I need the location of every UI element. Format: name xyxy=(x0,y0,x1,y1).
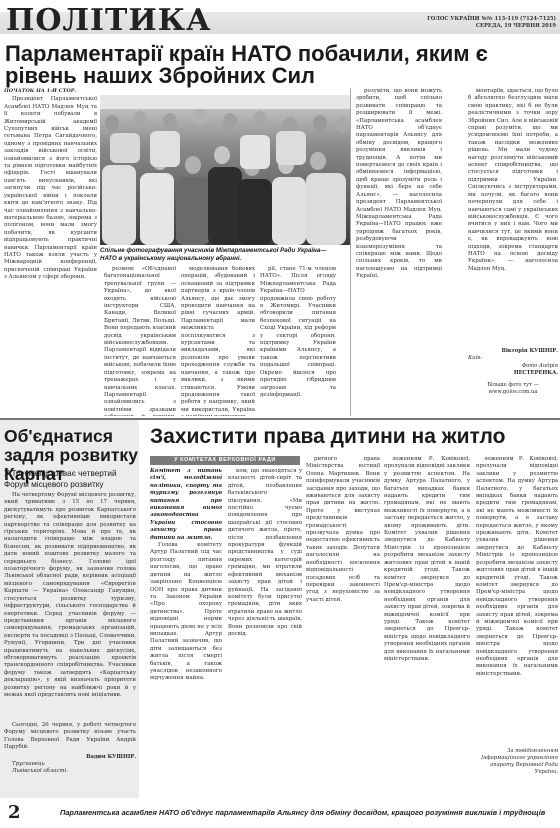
more-photos-label: Більше фото тут — xyxy=(468,382,558,389)
second-article-column-2: ком, що знаходяться у власності дітей-си… xyxy=(228,468,302,794)
article-paragraph: Сьогодні, 26 червня, у роботі четвертого… xyxy=(4,722,136,752)
second-article-column-5: ложенням Р. Ковікової, пролунали відпові… xyxy=(476,456,558,794)
photo-credit-label: Фото Андрія xyxy=(468,363,558,370)
photo-caption: Спільне фотографування учасників Міжпарл… xyxy=(100,247,340,263)
article-paragraph-wrap: ложенням Р. Ковікової, пролунали відпові… xyxy=(476,456,558,748)
main-article-column-4: рії, стане 71-м членом НАТО». Після огля… xyxy=(260,266,336,416)
article-lead: Комітет з питань сім'ї, молодіжної політ… xyxy=(150,468,222,542)
footer-tagline: Парламентська асамблея НАТО об'єднує пар… xyxy=(60,808,545,817)
main-article-column-3: моделювання бойових операцій, збудований… xyxy=(181,266,255,416)
second-article-headline: Захистити права дитини на житло xyxy=(150,426,560,448)
dateline-place: Київ. xyxy=(468,355,558,362)
main-article-column-1: ПОЧАТОК НА 1-Й СТОР. Президент Парламент… xyxy=(4,88,97,416)
author-signature: Вадим КУШНІР. xyxy=(4,754,136,761)
dateline-place: Трускавець Львівської області. xyxy=(4,761,74,776)
article-paragraph: На четвертому Форумі місцевого розвитку,… xyxy=(4,492,136,699)
article-paragraph: Голова комітету Артур Палатний під час р… xyxy=(150,542,222,683)
continued-from-kicker: ПОЧАТОК НА 1-Й СТОР. xyxy=(4,88,97,95)
article-paragraph-wrap: монтаріїв, здається, що було б абсолютно… xyxy=(468,88,558,346)
main-article-column-2: розмові «Об'єднаної багатонаціональної т… xyxy=(104,266,176,416)
issue-date: СЕРЕДА, 19 ЧЕРВНЯ 2019 xyxy=(427,23,556,30)
second-article-column-4: ложенням Р. Ковікової, пролунали відпові… xyxy=(384,456,470,794)
second-article-column-3: ритного права Міністерства юстиції Олена… xyxy=(306,456,380,794)
rubric-label: У КОМІТЕТАХ ВЕРХОВНОЇ РАДИ xyxy=(150,456,300,465)
article-paragraph: моделювання бойових операцій, збудований… xyxy=(181,266,255,416)
main-article-column-6: монтаріїв, здається, що було б абсолютно… xyxy=(468,88,558,416)
photo-credit-name: НЕСТЕРЕНКА. xyxy=(468,370,558,377)
article-paragraph: ком, що знаходяться у власності дітей-си… xyxy=(228,468,302,638)
article-paragraph: Президент Парламентської Асамблеї НАТО М… xyxy=(4,96,97,281)
article-paragraph: рії, стане 71-м членом НАТО». Після огля… xyxy=(260,266,336,399)
group-photo xyxy=(100,95,350,245)
article-paragraph: монтаріїв, здається, що було б абсолютно… xyxy=(468,88,558,273)
article-body: Голова комітету Артур Палатний під час р… xyxy=(150,542,222,683)
issue-number: ГОЛОС УКРАЇНИ №№ 113-119 (7124-7125) xyxy=(427,16,556,23)
page-number: 2 xyxy=(8,802,21,823)
sidebar-article-subheadline: У Трускавці триває четвертий Форум місце… xyxy=(4,468,139,490)
sidebar-article-body: На четвертому Форумі місцевого розвитку,… xyxy=(4,492,136,792)
second-article-column-1: Комітет з питань сім'ї, молодіжної політ… xyxy=(150,468,222,794)
article-paragraph: ложенням Р. Ковікової, пролунали відпові… xyxy=(384,456,470,663)
author-signature: Вікторія КУШНІР. xyxy=(468,348,558,355)
article-paragraph: ложенням Р. Ковікової, пролунали відпові… xyxy=(476,456,558,678)
sidebar-body-wrap: На четвертому Форумі місцевого розвитку,… xyxy=(4,492,136,722)
issue-info: ГОЛОС УКРАЇНИ №№ 113-119 (7124-7125) СЕР… xyxy=(427,16,556,30)
main-article-column-5: розуміти, що вони можуть зробити, щоб сп… xyxy=(356,88,442,416)
article-paragraph: ритного права Міністерства юстиції Олена… xyxy=(306,456,380,604)
article-paragraph: розмові «Об'єднаної багатонаціональної т… xyxy=(104,266,176,416)
page-footer: 2 Парламентська асамблея НАТО об'єднує п… xyxy=(0,800,560,828)
article-paragraph: розуміти, що вони можуть зробити, щоб сп… xyxy=(356,88,442,281)
website-link[interactable]: www.golos.com.ua xyxy=(468,389,558,396)
group-photo-image xyxy=(100,95,350,245)
column-rule xyxy=(350,88,351,416)
section-title: ПОЛІТИКА xyxy=(6,6,211,36)
source-footnote: За повідомленням Інформаційного управлін… xyxy=(476,748,558,776)
main-article-headline: Парламентарії країн НАТО побачили, яким … xyxy=(5,43,555,87)
